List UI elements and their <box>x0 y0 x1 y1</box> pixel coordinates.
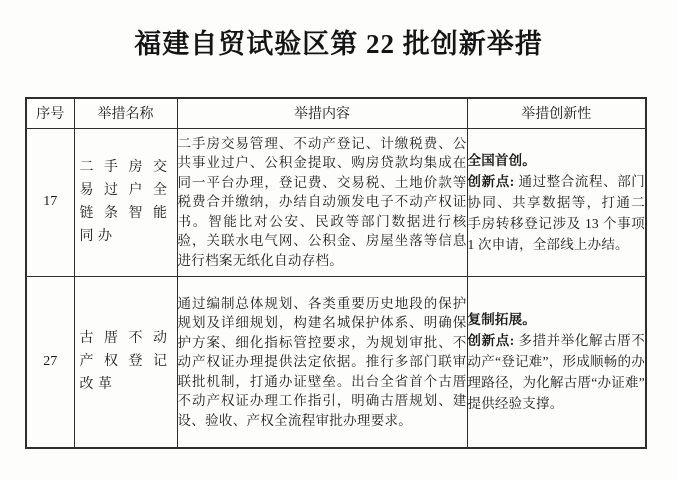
document-page: 福建自贸试验区第 22 批创新举措 序号 举措名称 举措内容 举措创新性 17 … <box>0 0 677 480</box>
measures-table: 序号 举措名称 举措内容 举措创新性 17 二手房交易过户全链条智能同办 二手房… <box>25 97 647 449</box>
innovation-type-text: 全国首创。 <box>468 150 646 171</box>
row-serial-number: 27 <box>26 276 74 448</box>
innovation-point-label: 创新点: <box>468 174 515 189</box>
innovation-cell: 全国首创。 创新点: 通过整合流程、部门协同、共享数据等，打通二手房转移登记涉及… <box>467 128 646 276</box>
table-row: 27 古厝不动产权登记改革 通过编制总体规划、各类重要历史地段的保护规划及详细规… <box>26 276 646 448</box>
row-serial-number: 17 <box>26 128 74 276</box>
innovation-point-label: 创新点: <box>468 333 515 348</box>
measure-content-cell: 二手房交易管理、不动产登记、计缴税费、公共事业过户、公积金提取、购房贷款均集成在… <box>177 128 467 276</box>
table-row: 17 二手房交易过户全链条智能同办 二手房交易管理、不动产登记、计缴税费、公共事… <box>26 128 646 276</box>
innovation-block: 全国首创。 创新点: 通过整合流程、部门协同、共享数据等，打通二手房转移登记涉及… <box>468 150 646 255</box>
measure-name-cell: 古厝不动产权登记改革 <box>74 276 177 448</box>
innovation-cell: 复制拓展。 创新点: 多措并举化解古厝不动产“登记难”，形成顺畅的办理路径，为化… <box>467 276 646 448</box>
header-measure-content: 举措内容 <box>177 98 467 128</box>
innovation-type-text: 复制拓展。 <box>468 309 646 330</box>
measure-content-text: 通过编制总体规划、各类重要历史地段的保护规划及详细规划，构建名城保护体系、明确保… <box>178 294 467 431</box>
measure-content-cell: 通过编制总体规划、各类重要历史地段的保护规划及详细规划，构建名城保护体系、明确保… <box>177 276 467 448</box>
page-title: 福建自贸试验区第 22 批创新举措 <box>0 0 677 61</box>
measure-name-text: 古厝不动产权登记改革 <box>80 327 172 396</box>
table-header-row: 序号 举措名称 举措内容 举措创新性 <box>26 98 646 128</box>
header-serial-number: 序号 <box>26 98 74 128</box>
header-measure-name: 举措名称 <box>74 98 177 128</box>
header-measure-innovation: 举措创新性 <box>467 98 646 128</box>
innovation-block: 复制拓展。 创新点: 多措并举化解古厝不动产“登记难”，形成顺畅的办理路径，为化… <box>468 309 646 414</box>
measure-name-cell: 二手房交易过户全链条智能同办 <box>74 128 177 276</box>
measure-content-text: 二手房交易管理、不动产登记、计缴税费、公共事业过户、公积金提取、购房贷款均集成在… <box>178 134 467 271</box>
measure-name-text: 二手房交易过户全链条智能同办 <box>80 156 172 248</box>
